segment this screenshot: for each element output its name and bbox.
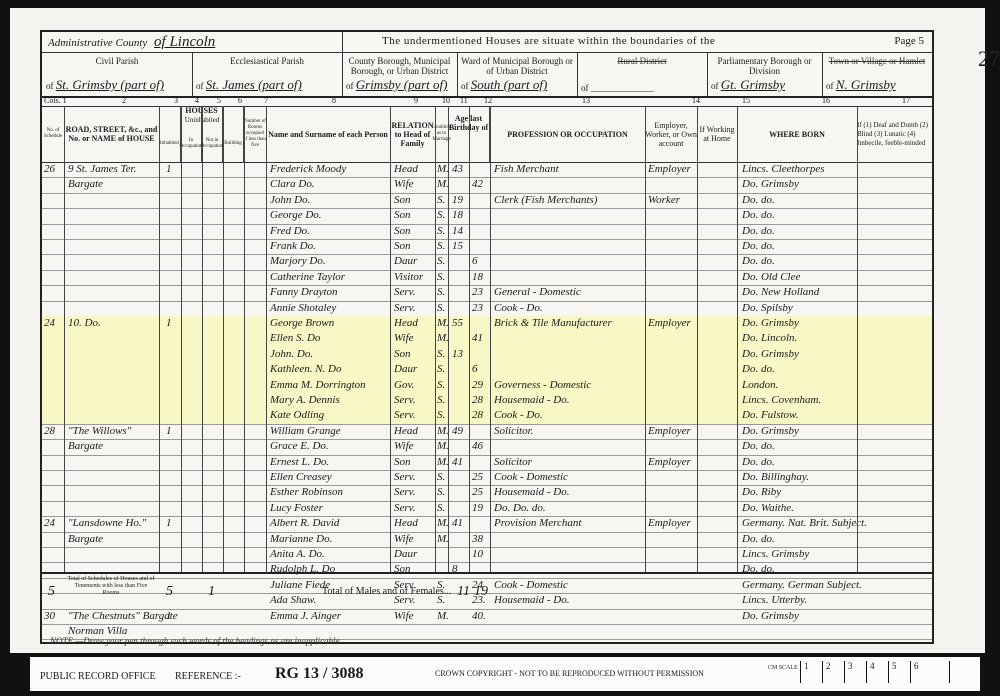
address: 9 St. James Ter. [68,162,136,177]
person-name: Ellen S. Do [270,331,320,346]
table-row: BargateGrace E. Do.WifeM.46Do. do. [42,439,932,455]
address: 10. Do. [68,316,101,331]
birthplace: Germany. Nat. Brit. Subject. [742,516,867,531]
table-row: Catherine TaylorVisitorS.18Do. Old Clee [42,270,932,286]
person-name: Emma M. Dorrington [270,378,366,393]
table-row: Marjory Do.DaurS.6Do. do. [42,254,932,270]
table-row: Fanny DraytonServ.S.23General - Domestic… [42,285,932,301]
county-borough: County Borough, Municipal Borough, or Ur… [342,52,458,96]
occupation: General - Domestic [494,285,581,300]
totals-row: 5 Total of Schedules of Houses and of Te… [42,572,932,614]
relation: Serv. [394,470,415,485]
person-name: Frank Do. [270,239,316,254]
female-age: 28 [472,393,483,408]
birthplace: Do. Grimsby [742,347,799,362]
birthplace: Do. do. [742,208,775,223]
marital-condition: S. [437,239,445,254]
address: Bargate [68,532,103,547]
schedule-number: 24 [44,516,55,531]
occupation: Housemaid - Do. [494,485,569,500]
person-name: Clara Do. [270,177,315,192]
birthplace: Lincs. Covenham. [742,393,821,408]
occupation: Housemaid - Do. [494,393,569,408]
relation: Head [394,516,418,531]
person-name: Kathleen. N. Do [270,362,342,377]
male-age: 15 [452,239,463,254]
grid-line [202,106,203,572]
table-row: Anita A. Do.Daur10Lincs. Grimsby [42,547,932,563]
employment-status: Employer [648,455,691,470]
marital-condition: S. [437,285,445,300]
birthplace: Do. do. [742,193,775,208]
female-age: 23 [472,285,483,300]
inhabited-count: 1 [166,162,172,177]
female-age: 10 [472,547,483,562]
occupation: Do. Do. do. [494,501,546,516]
male-age: 41 [452,455,463,470]
female-age: 23 [472,301,483,316]
person-name: Albert R. David [270,516,339,531]
person-name: Fred Do. [270,224,310,239]
table-row: Mary A. DennisServ.S.28Housemaid - Do.Li… [42,393,932,409]
grid-line [64,106,65,572]
relation: Daur [394,254,417,269]
employment-status: Employer [648,424,691,439]
relation: Son [394,193,411,208]
person-name: Grace E. Do. [270,439,329,454]
table-row: Lucy FosterServ.S.19Do. Do. do.Do. Waith… [42,501,932,517]
relation: Serv. [394,285,415,300]
relation: Head [394,162,418,177]
folio-number: 27 [978,46,1000,72]
table-row: Kate OdlingServ.S.28Cook - Do.Do. Fulsto… [42,408,932,424]
female-age: 18 [472,270,483,285]
address: "The Willows" [68,424,131,439]
grid-line [159,106,160,572]
birthplace: Do. Old Clee [742,270,800,285]
relation: Serv. [394,485,415,500]
birthplace: Do. do. [742,239,775,254]
employment-status: Employer [648,316,691,331]
birthplace: Do. do. [742,439,775,454]
marital-condition: S. [437,254,445,269]
female-age: 25 [472,470,483,485]
person-name: Mary A. Dennis [270,393,340,408]
female-age: 28 [472,408,483,423]
person-name: Catherine Taylor [270,270,345,285]
relation: Visitor [394,270,423,285]
table-row: John. Do.SonS.13Do. Grimsby [42,347,932,363]
grid-line [244,106,245,572]
female-age: 6 [472,362,478,377]
inhabited-count: 1 [166,316,172,331]
inhabited-count: 1 [166,424,172,439]
grid-line [448,106,449,572]
relation: Wife [394,532,414,547]
grid-line [857,106,858,572]
male-age: 41 [452,516,463,531]
person-name: William Grange [270,424,341,439]
table-row: Ellen S. DoWifeM.41Do. Lincoln. [42,331,932,347]
relation: Serv. [394,393,415,408]
reference-number: RG 13 / 3088 [275,665,363,683]
intro-text: The undermentioned Houses are situate wi… [382,35,715,47]
female-age: 38 [472,532,483,547]
grid-line [181,106,182,572]
form-header: Administrative County of Lincoln The und… [42,32,932,53]
table-row: George Do.SonS.18Do. do. [42,208,932,224]
birthplace: London. [742,378,778,393]
marital-condition: S. [437,362,445,377]
female-age: 6 [472,254,478,269]
archive-footer: PUBLIC RECORD OFFICE REFERENCE :- RG 13 … [30,654,980,693]
relation: Wife [394,177,414,192]
address: Bargate [68,439,103,454]
marital-condition: S. [437,224,445,239]
birthplace: Do. do. [742,532,775,547]
column-headers: No. of Schedule ROAD, STREET, &c., and N… [42,106,932,163]
marital-condition: S. [437,193,445,208]
male-age: 49 [452,424,463,439]
table-row: Emma M. DorringtonGov.S.29Governess - Do… [42,378,932,394]
birthplace: Do. Fulstow. [742,408,798,423]
table-row: Kathleen. N. DoDaurS.6Do. do. [42,362,932,378]
area-headers: Civil Parish of St. Grimsby (part of) Ec… [42,52,932,98]
grid-line [490,106,491,572]
table-row: 28"The Willows"1William GrangeHeadM.49So… [42,424,932,440]
relation: Serv. [394,408,415,423]
table-row: BargateMarianne Do.WifeM.38Do. do. [42,532,932,548]
person-name: John. Do. [270,347,313,362]
relation: Wife [394,331,414,346]
relation: Wife [394,439,414,454]
grid-line [390,106,391,572]
ward: Ward of Municipal Borough or of Urban Di… [457,52,578,96]
ecclesiastical-parish: Ecclesiastical Parish of St. James (part… [192,52,343,96]
marital-condition: S. [437,270,445,285]
occupation: Governess - Domestic [494,378,591,393]
male-age: 13 [452,347,463,362]
marital-condition: S. [437,301,445,316]
marital-condition: S. [437,470,445,485]
marital-condition: S. [437,501,445,516]
male-age: 19 [452,193,463,208]
female-age: 19 [472,501,483,516]
table-row: BargateClara Do.WifeM.42Do. Grimsby [42,177,932,193]
female-age: 29 [472,378,483,393]
occupation: Solicitor. [494,424,533,439]
relation: Daur [394,547,417,562]
person-name: Lucy Foster [270,501,323,516]
table-row: John Do.SonS.19Clerk (Fish Merchants)Wor… [42,193,932,209]
marital-condition: S. [437,347,445,362]
grid-line [737,106,738,572]
person-name: Marianne Do. [270,532,332,547]
occupation: Solicitor [494,455,532,470]
female-age: 41 [472,331,483,346]
marital-condition: S. [437,208,445,223]
person-name: Frederick Moody [270,162,346,177]
relation: Son [394,224,411,239]
parliamentary-borough: Parliamentary Borough or Division of Gt.… [707,52,823,96]
civil-parish: Civil Parish of St. Grimsby (part of) [42,52,193,96]
male-age: 14 [452,224,463,239]
person-name: Kate Odling [270,408,324,423]
grid-line [645,106,646,572]
schedule-number: 26 [44,162,55,177]
relation: Head [394,424,418,439]
relation: Son [394,208,411,223]
male-age: 43 [452,162,463,177]
table-row: 2410. Do.1George BrownHeadM.55Brick & Ti… [42,316,932,332]
employment-status: Worker [648,193,680,208]
table-row: 24"Lansdowne Ho."1Albert R. DavidHeadM.4… [42,516,932,532]
person-name: Annie Shotaley [270,301,336,316]
form-note: NOTE.—Draw your pen through such words o… [50,636,342,646]
person-name: Ernest L. Do. [270,455,329,470]
birthplace: Do. New Holland [742,285,819,300]
person-name: Esther Robinson [270,485,343,500]
grid-line [223,106,224,572]
birthplace: Do. Grimsby [742,177,799,192]
employment-status: Employer [648,516,691,531]
occupation: Cook - Do. [494,408,543,423]
birthplace: Do. Riby [742,485,781,500]
birthplace: Do. do. [742,362,775,377]
birthplace: Lincs. Grimsby [742,547,809,562]
relation: Daur [394,362,417,377]
grid-line [697,106,698,572]
grid-line [435,106,436,572]
relation: Gov. [394,378,414,393]
birthplace: Do. Waithe. [742,501,794,516]
person-name: John Do. [270,193,310,208]
occupation: Clerk (Fish Merchants) [494,193,597,208]
rural-district: Rural District of ______________ [577,52,708,96]
marital-condition: S. [437,485,445,500]
table-row: Ellen CreaseyServ.S.25Cook - DomesticDo.… [42,470,932,486]
table-row: Frank Do.SonS.15Do. do. [42,239,932,255]
person-name: Marjory Do. [270,254,326,269]
person-name: Ellen Creasey [270,470,332,485]
table-row: 269 St. James Ter.1Frederick MoodyHeadM.… [42,162,932,178]
relation: Serv. [394,501,415,516]
table-row: Ernest L. Do.SonM.41SolicitorEmployerDo.… [42,455,932,471]
male-age: 18 [452,208,463,223]
relation: Son [394,239,411,254]
marital-condition: S. [437,393,445,408]
birthplace: Do. Grimsby [742,316,799,331]
employment-status: Employer [648,162,691,177]
occupation: Fish Merchant [494,162,559,177]
female-age: 25 [472,485,483,500]
birthplace: Do. do. [742,455,775,470]
marital-condition: S. [437,408,445,423]
relation: Son [394,455,411,470]
person-name: Anita A. Do. [270,547,325,562]
birthplace: Do. Billinghay. [742,470,809,485]
relation: Head [394,316,418,331]
table-row: Annie ShotaleyServ.S.23Cook - Do.Do. Spi… [42,301,932,317]
address: Bargate [68,177,103,192]
relation: Son [394,347,411,362]
table-row: Esther RobinsonServ.S.25Housemaid - Do.D… [42,485,932,501]
inhabited-count: 1 [166,516,172,531]
occupation: Provision Merchant [494,516,581,531]
birthplace: Do. do. [742,224,775,239]
grid-line [266,106,267,572]
person-name: Fanny Drayton [270,285,338,300]
administrative-county: Administrative County of Lincoln [48,34,215,51]
occupation: Brick & Tile Manufacturer [494,316,612,331]
female-age: 46 [472,439,483,454]
occupation: Cook - Domestic [494,470,568,485]
birthplace: Do. Lincoln. [742,331,797,346]
relation: Serv. [394,301,415,316]
address: "Lansdowne Ho." [68,516,146,531]
grid-line [469,106,470,572]
birthplace: Do. Grimsby [742,424,799,439]
census-page: 27 Administrative County of Lincoln The … [10,8,985,653]
town-village: Town or Village or Hamlet of N. Grimsby [822,52,932,96]
birthplace: Do. do. [742,254,775,269]
table-row: Fred Do.SonS.14Do. do. [42,224,932,240]
schedule-number: 28 [44,424,55,439]
male-age: 55 [452,316,463,331]
birthplace: Lincs. Cleethorpes [742,162,825,177]
person-name: George Brown [270,316,334,331]
schedule-number: 24 [44,316,55,331]
census-form: Administrative County of Lincoln The und… [40,30,934,644]
birthplace: Do. Spilsby [742,301,793,316]
page-label: Page 5 [894,35,924,47]
female-age: 42 [472,177,483,192]
marital-condition: S. [437,378,445,393]
person-name: George Do. [270,208,322,223]
occupation: Cook - Do. [494,301,543,316]
